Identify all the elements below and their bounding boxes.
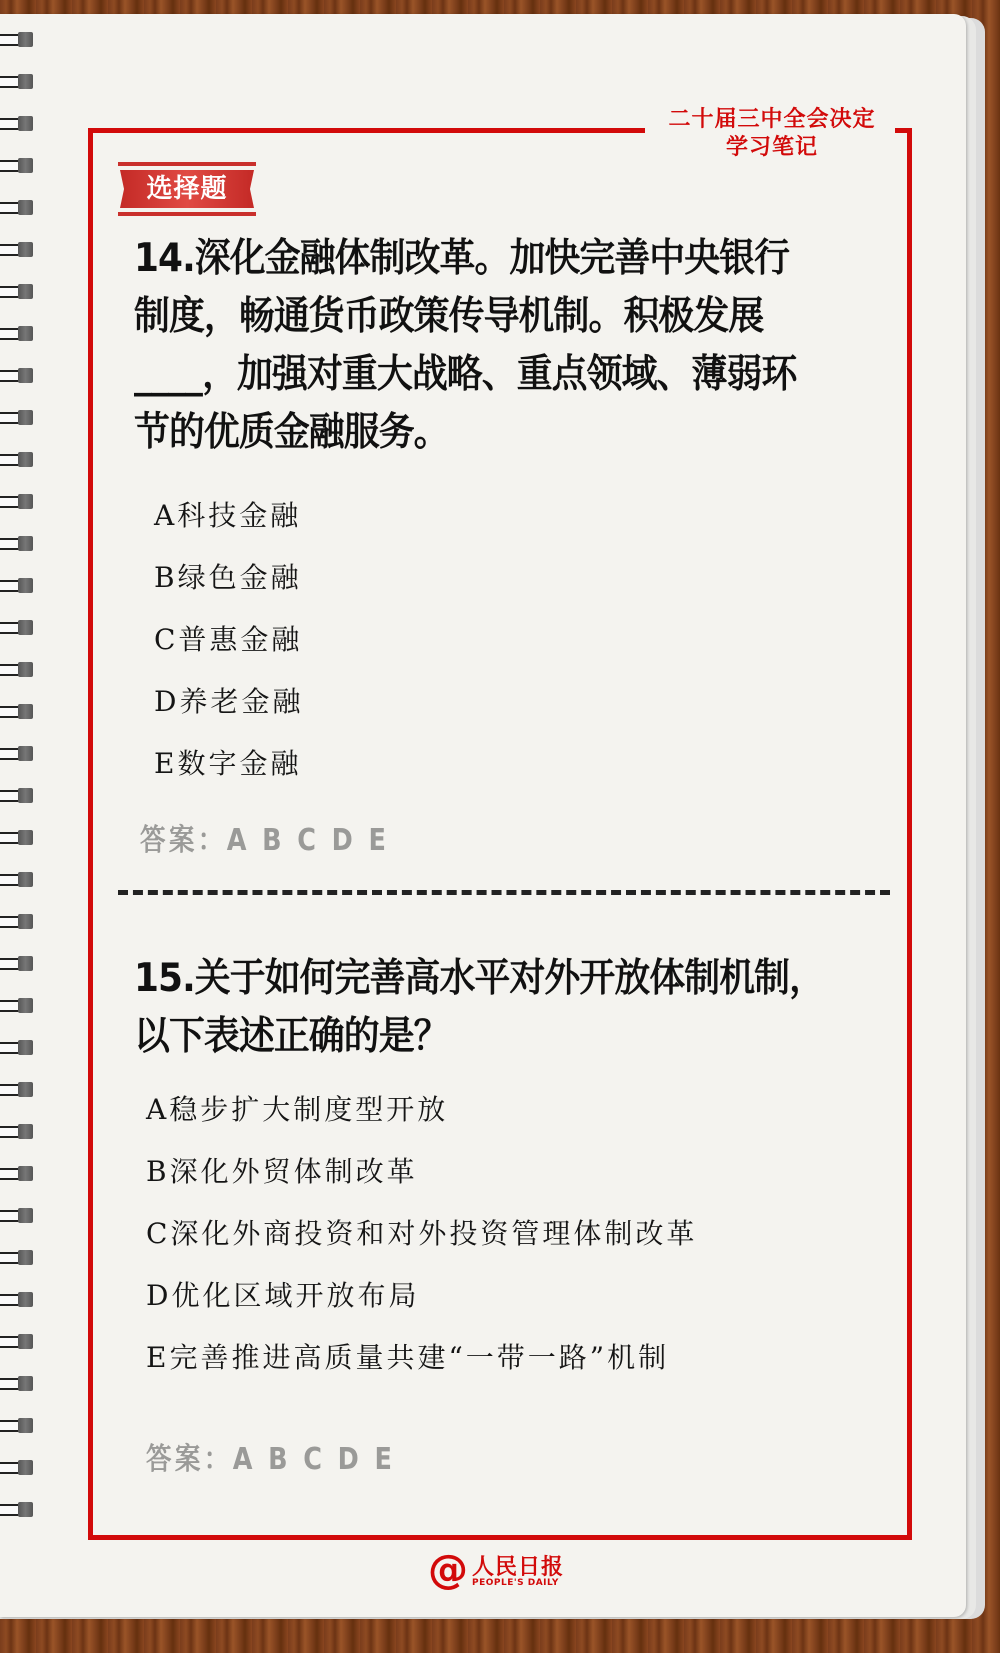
header-title-line2: 学习笔记 [648, 134, 896, 162]
spiral-ring-icon [0, 284, 34, 298]
spiral-ring-icon [0, 1376, 34, 1390]
spiral-ring-icon [0, 578, 34, 592]
question-14-text: 14.深化金融体制改革。加快完善中央银行 制度，畅通货币政策传导机制。积极发展 … [134, 230, 796, 462]
spiral-ring-icon [0, 662, 34, 676]
spiral-ring-icon [0, 242, 34, 256]
spiral-ring-icon [0, 1502, 34, 1516]
spiral-ring-icon [0, 746, 34, 760]
option-b: B深化外贸体制改革 [146, 1150, 418, 1190]
question-line: ____，加强对重大战略、重点领域、薄弱环 [134, 346, 796, 404]
option-d: D养老金融 [154, 680, 303, 720]
option-a: A稳步扩大制度型开放 [146, 1088, 448, 1128]
option-e: E数字金融 [154, 742, 301, 782]
spiral-ring-icon [0, 326, 34, 340]
spiral-ring-icon [0, 1292, 34, 1306]
badge-label: 选择题 [120, 170, 254, 208]
option-c: C普惠金融 [154, 618, 302, 658]
spiral-ring-icon [0, 830, 34, 844]
header-title: 二十届三中全会决定 学习笔记 [648, 106, 896, 162]
logo-english: PEOPLE'S DAILY [472, 1578, 559, 1588]
option-b: B绿色金融 [154, 556, 302, 596]
spiral-ring-icon [0, 1208, 34, 1222]
spiral-ring-icon [0, 158, 34, 172]
spiral-ring-icon [0, 620, 34, 634]
badge-top-bar [118, 162, 256, 166]
spiral-ring-icon [0, 1250, 34, 1264]
option-a: A科技金融 [154, 494, 301, 534]
spiral-ring-icon [0, 536, 34, 550]
question-line: 制度，畅通货币政策传导机制。积极发展 [134, 288, 796, 346]
spiral-ring-icon [0, 914, 34, 928]
option-d: D优化区域开放布局 [146, 1274, 419, 1314]
spiral-ring-icon [0, 1082, 34, 1096]
spiral-ring-icon [0, 704, 34, 718]
logo-chinese: 人民日报 [472, 1550, 564, 1581]
spiral-ring-icon [0, 200, 34, 214]
spiral-ring-icon [0, 410, 34, 424]
spiral-binding [0, 14, 40, 1617]
badge-bottom-bar [118, 212, 256, 216]
spiral-ring-icon [0, 1460, 34, 1474]
spiral-ring-icon [0, 116, 34, 130]
answer-15: 答案：A B C D E [146, 1434, 395, 1478]
spiral-ring-icon [0, 1166, 34, 1180]
question-line: 14.深化金融体制改革。加快完善中央银行 [134, 230, 796, 288]
question-15-text: 15.关于如何完善高水平对外开放体制机制， 以下表述正确的是？ [134, 950, 833, 1066]
question-line: 以下表述正确的是？ [134, 1008, 833, 1066]
spiral-ring-icon [0, 998, 34, 1012]
spiral-ring-icon [0, 494, 34, 508]
dashed-divider [118, 890, 890, 895]
peoples-daily-logo: @ 人民日报 PEOPLE'S DAILY [428, 1548, 578, 1598]
answer-14: 答案：A B C D E [140, 815, 389, 859]
weibo-at-icon: @ [428, 1548, 468, 1592]
section-badge: 选择题 [118, 162, 256, 216]
spiral-ring-icon [0, 452, 34, 466]
spiral-ring-icon [0, 1418, 34, 1432]
spiral-ring-icon [0, 956, 34, 970]
spiral-ring-icon [0, 1040, 34, 1054]
option-c: C深化外商投资和对外投资管理体制改革 [146, 1212, 697, 1252]
header-title-line1: 二十届三中全会决定 [648, 106, 896, 134]
spiral-ring-icon [0, 788, 34, 802]
question-line: 节的优质金融服务。 [134, 404, 796, 462]
option-e: E完善推进高质量共建“一带一路”机制 [146, 1336, 669, 1376]
question-line: 15.关于如何完善高水平对外开放体制机制， [134, 950, 833, 1008]
spiral-ring-icon [0, 1124, 34, 1138]
spiral-ring-icon [0, 32, 34, 46]
spiral-ring-icon [0, 872, 34, 886]
spiral-ring-icon [0, 74, 34, 88]
spiral-ring-icon [0, 368, 34, 382]
spiral-ring-icon [0, 1334, 34, 1348]
